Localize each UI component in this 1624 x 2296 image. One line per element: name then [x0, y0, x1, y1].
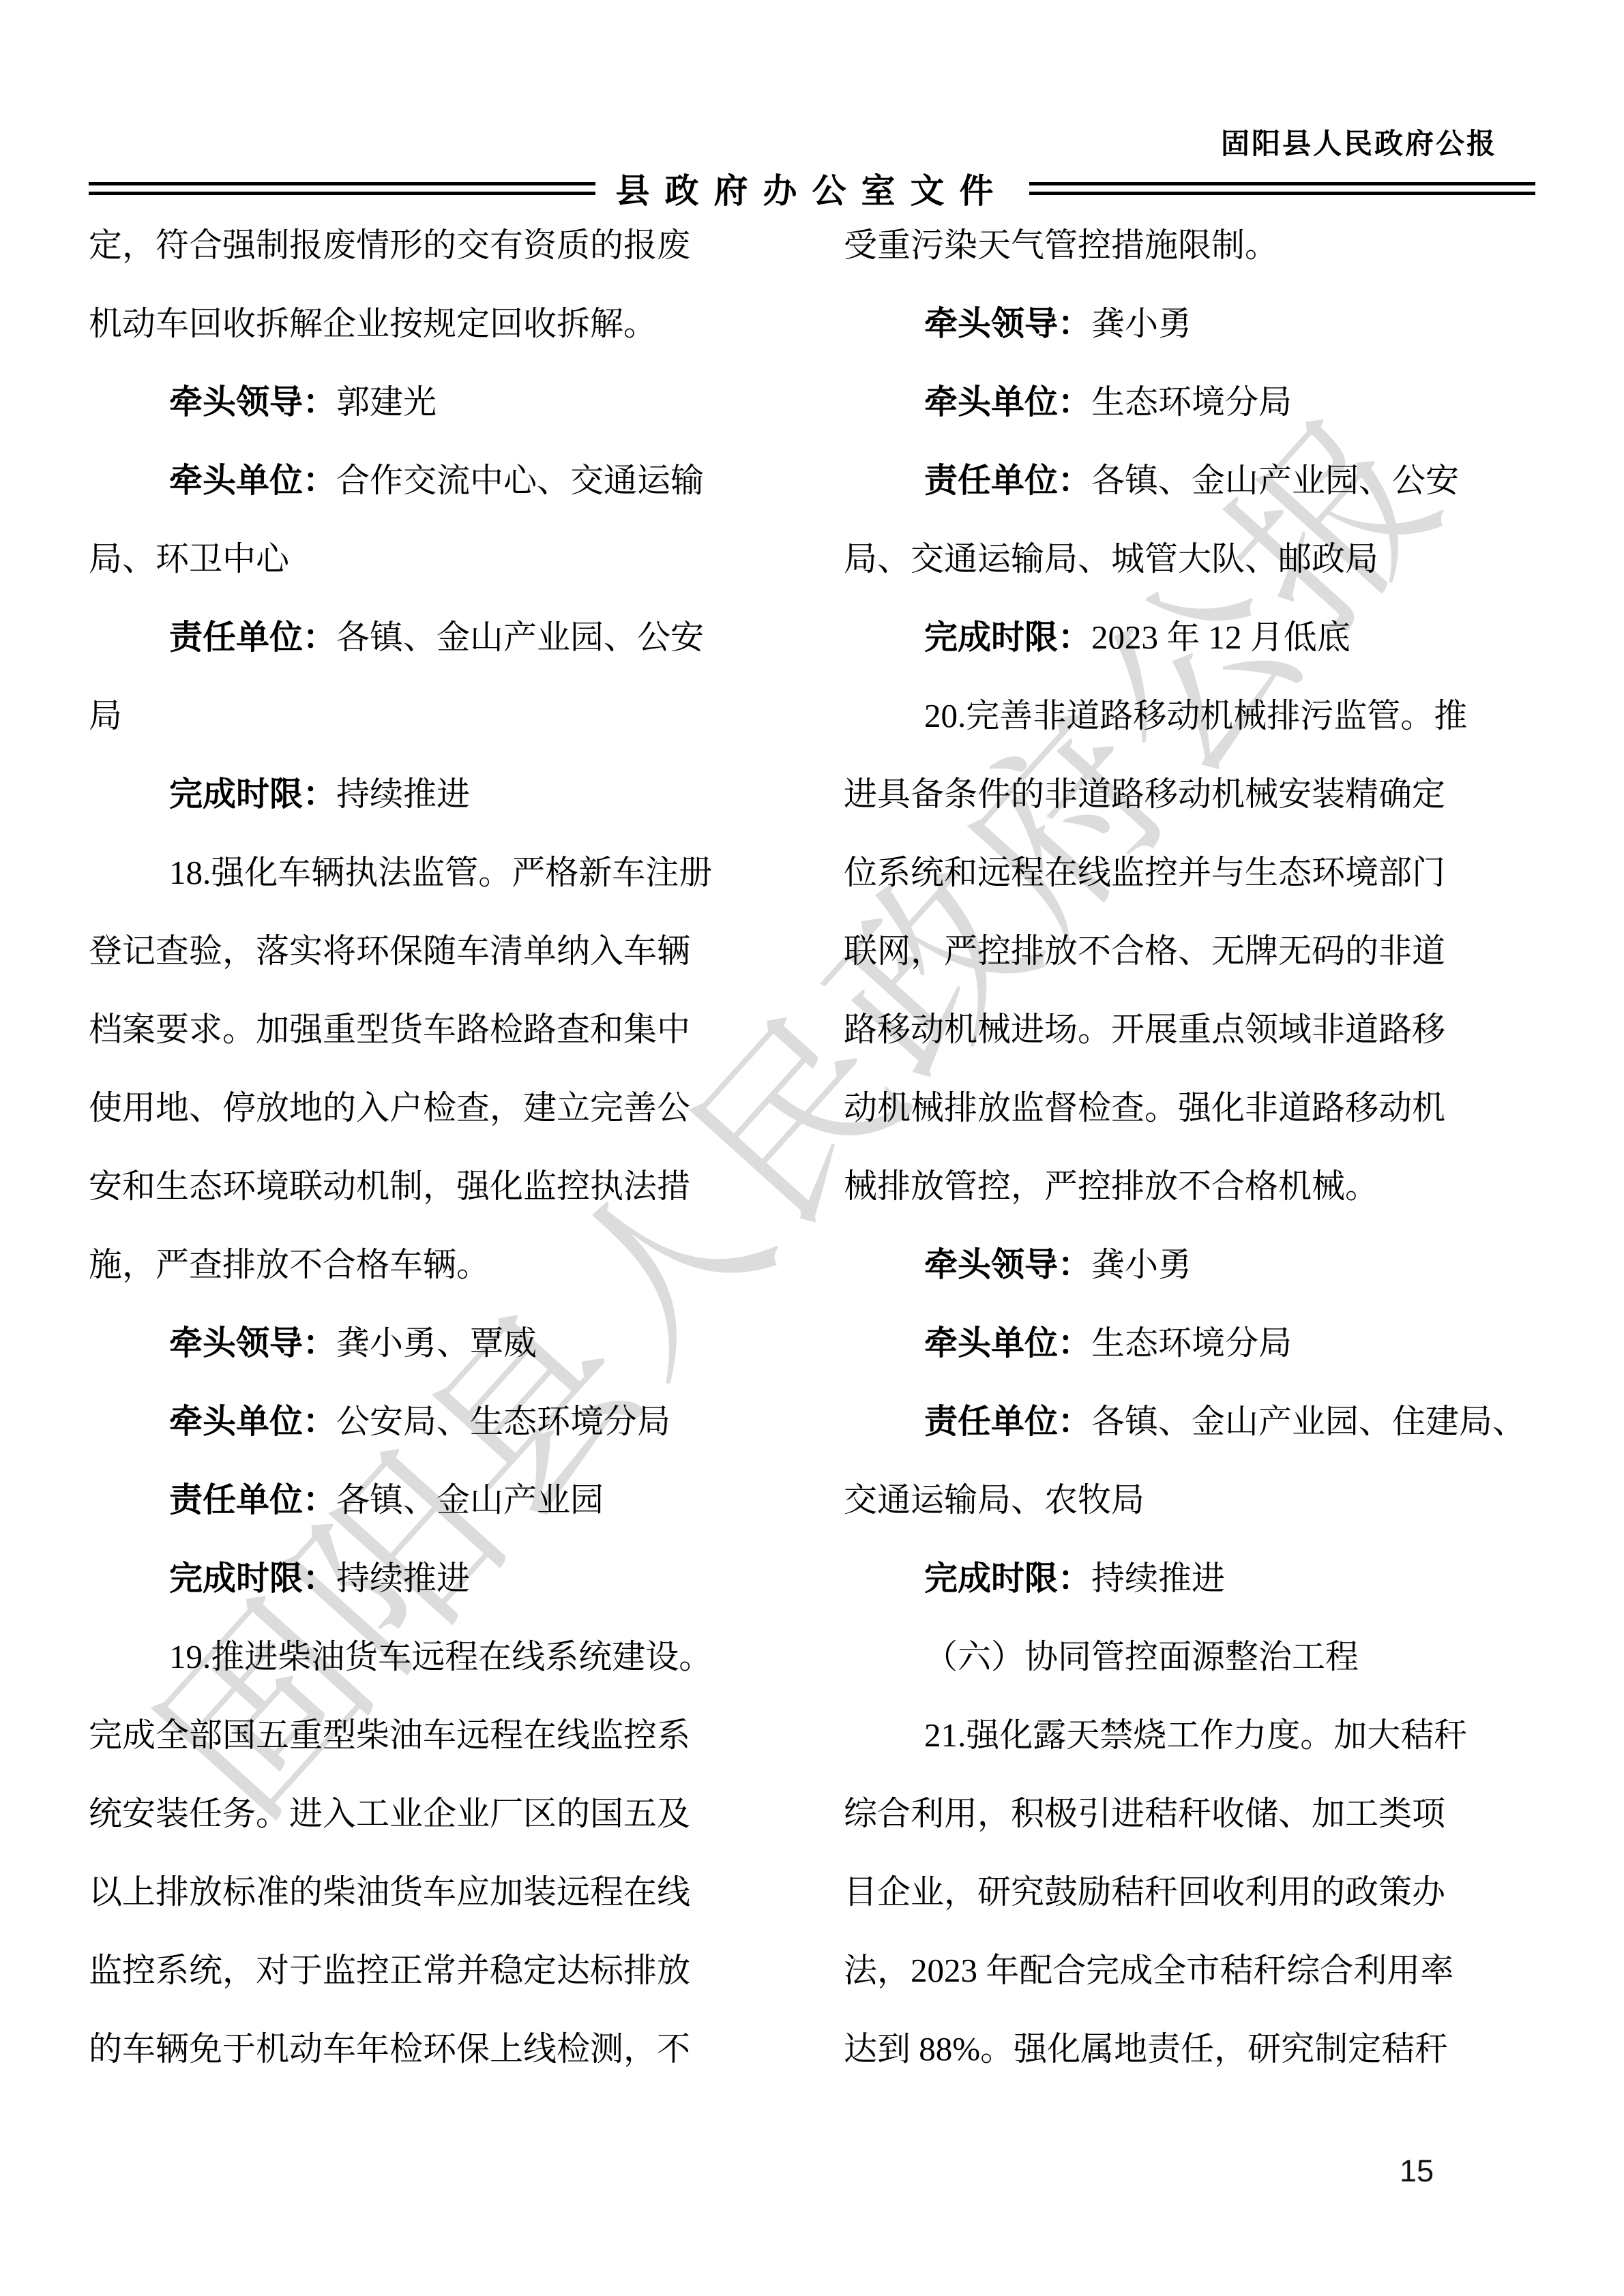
body-text: 档案要求。加强重型货车路检路查和集中 [89, 1011, 690, 1048]
field-label: 责任单位： [924, 462, 1091, 499]
text-line: 牵头单位：生态环境分局 [844, 1304, 1539, 1382]
text-line: 完成时限：持续推进 [844, 1539, 1539, 1617]
body-text: （六）协同管控面源整治工程 [924, 1638, 1359, 1675]
body-text: 目企业，研究鼓励秸秆回收利用的政策办 [844, 1873, 1445, 1911]
body-text: 20.完善非道路移动机械排污监管。推 [924, 697, 1467, 734]
body-text: 联网，严控排放不合格、无牌无码的非道 [844, 932, 1445, 970]
text-line: 交通运输局、农牧局 [844, 1461, 1539, 1539]
text-line: 21.强化露天禁烧工作力度。加大秸秆 [844, 1696, 1539, 1774]
text-line: 19.推进柴油货车远程在线系统建设。 [89, 1617, 784, 1696]
body-text: 郭建光 [336, 383, 437, 421]
body-text: 局、交通运输局、城管大队、邮政局 [844, 540, 1378, 578]
text-line: 牵头单位：合作交流中心、交通运输 [89, 441, 784, 520]
body-text: 生态环境分局 [1091, 1324, 1292, 1362]
body-text: 机动车回收拆解企业按规定回收拆解。 [89, 305, 657, 342]
text-line: 责任单位：各镇、金山产业园、公安 [89, 598, 784, 676]
text-line: 责任单位：各镇、金山产业园 [89, 1461, 784, 1539]
body-text: 使用地、停放地的入户检查，建立完善公 [89, 1089, 690, 1127]
text-line: 登记查验，落实将环保随车清单纳入车辆 [89, 912, 784, 990]
body-text: 定，符合强制报废情形的交有资质的报废 [89, 226, 690, 264]
text-line: 牵头领导：龚小勇 [844, 284, 1539, 363]
body-text: 合作交流中心、交通运输 [336, 462, 704, 499]
text-line: （六）协同管控面源整治工程 [844, 1617, 1539, 1696]
field-label: 责任单位： [169, 619, 336, 656]
body-text: 19.推进柴油货车远程在线系统建设。 [169, 1638, 712, 1675]
body-text: 各镇、金山产业园 [336, 1481, 604, 1519]
text-line: 局、环卫中心 [89, 520, 784, 598]
masthead-title: 固阳县人民政府公报 [1221, 121, 1497, 162]
body-text: 18.强化车辆执法监管。严格新车注册 [169, 854, 712, 891]
field-label: 牵头领导： [169, 384, 336, 421]
field-label: 完成时限： [924, 1560, 1091, 1597]
body-text: 交通运输局、农牧局 [844, 1481, 1145, 1519]
field-label: 完成时限： [169, 1560, 336, 1597]
text-line: 达到 88%。强化属地责任，研究制定秸秆 [844, 2010, 1539, 2088]
text-line: 统安装任务。进入工业企业厂区的国五及 [89, 1774, 784, 1853]
body-text: 生态环境分局 [1091, 383, 1292, 421]
text-line: 受重污染天气管控措施限制。 [844, 206, 1539, 284]
body-text: 登记查验，落实将环保随车清单纳入车辆 [89, 932, 690, 970]
text-line: 施，严查排放不合格车辆。 [89, 1225, 784, 1304]
body-text: 持续推进 [1091, 1560, 1225, 1597]
text-line: 法，2023 年配合完成全市秸秆综合利用率 [844, 1931, 1539, 2010]
field-label: 完成时限： [169, 776, 336, 813]
text-line: 牵头单位：公安局、生态环境分局 [89, 1382, 784, 1461]
text-line: 完成时限：持续推进 [89, 755, 784, 833]
text-line: 进具备条件的非道路移动机械安装精确定 [844, 755, 1539, 833]
body-text: 进具备条件的非道路移动机械安装精确定 [844, 775, 1445, 813]
text-line: 定，符合强制报废情形的交有资质的报废 [89, 206, 784, 284]
text-line: 完成全部国五重型柴油车远程在线监控系 [89, 1696, 784, 1774]
body-text: 21.强化露天禁烧工作力度。加大秸秆 [924, 1716, 1467, 1754]
text-line: 的车辆免于机动车年检环保上线检测，不 [89, 2010, 784, 2088]
text-line: 监控系统，对于监控正常并稳定达标排放 [89, 1931, 784, 2010]
field-label: 责任单位： [169, 1482, 336, 1519]
body-text: 完成全部国五重型柴油车远程在线监控系 [89, 1716, 690, 1754]
page-number: 15 [1400, 2153, 1434, 2189]
body-text: 各镇、金山产业园、公安 [336, 618, 704, 656]
text-line: 牵头领导：龚小勇、覃威 [89, 1304, 784, 1382]
field-label: 牵头单位： [924, 384, 1091, 421]
body-text: 监控系统，对于监控正常并稳定达标排放 [89, 1952, 690, 1989]
body-text: 路移动机械进场。开展重点领域非道路移 [844, 1011, 1445, 1048]
text-line: 机动车回收拆解企业按规定回收拆解。 [89, 284, 784, 363]
text-line: 动机械排放监督检查。强化非道路移动机 [844, 1069, 1539, 1147]
text-line: 联网，严控排放不合格、无牌无码的非道 [844, 912, 1539, 990]
field-label: 牵头单位： [169, 1403, 336, 1440]
body-text: 局、环卫中心 [89, 540, 289, 578]
field-label: 牵头领导： [924, 305, 1091, 342]
field-label: 责任单位： [924, 1403, 1091, 1440]
gazette-page: { "page": { "masthead": "固阳县人民政府公报", "he… [0, 0, 1624, 2296]
text-line: 责任单位：各镇、金山产业园、住建局、 [844, 1382, 1539, 1461]
text-line: 牵头单位：生态环境分局 [844, 363, 1539, 441]
body-text: 械排放管控，严控排放不合格机械。 [844, 1167, 1378, 1205]
text-line: 18.强化车辆执法监管。严格新车注册 [89, 833, 784, 912]
body-text: 受重污染天气管控措施限制。 [844, 226, 1278, 264]
body-text: 达到 88%。强化属地责任，研究制定秸秆 [844, 2030, 1448, 2068]
field-label: 完成时限： [924, 619, 1091, 656]
field-label: 牵头单位： [169, 462, 336, 499]
right-column: 受重污染天气管控措施限制。牵头领导：龚小勇牵头单位：生态环境分局责任单位：各镇、… [844, 206, 1539, 2088]
double-rule-left [89, 182, 595, 195]
body-text: 的车辆免于机动车年检环保上线检测，不 [89, 2030, 690, 2068]
body-text: 2023 年 12 月低底 [1091, 618, 1350, 656]
field-label: 牵头领导： [924, 1247, 1091, 1283]
body-text: 安和生态环境联动机制，强化监控执法措 [89, 1167, 690, 1205]
text-line: 局 [89, 676, 784, 755]
text-line: 械排放管控，严控排放不合格机械。 [844, 1147, 1539, 1225]
text-line: 20.完善非道路移动机械排污监管。推 [844, 676, 1539, 755]
body-text: 持续推进 [336, 1560, 470, 1597]
body-text: 龚小勇 [1091, 305, 1192, 342]
text-line: 牵头领导：龚小勇 [844, 1225, 1539, 1304]
double-rule-right [1029, 182, 1536, 195]
text-line: 安和生态环境联动机制，强化监控执法措 [89, 1147, 784, 1225]
body-text: 持续推进 [336, 775, 470, 813]
text-line: 牵头领导：郭建光 [89, 363, 784, 441]
body-text: 龚小勇 [1091, 1246, 1192, 1283]
body-text: 统安装任务。进入工业企业厂区的国五及 [89, 1795, 690, 1832]
text-line: 使用地、停放地的入户检查，建立完善公 [89, 1069, 784, 1147]
body-text: 局 [89, 697, 122, 734]
text-line: 局、交通运输局、城管大队、邮政局 [844, 520, 1539, 598]
body-text: 龚小勇、覃威 [336, 1324, 537, 1362]
body-text: 公安局、生态环境分局 [336, 1403, 670, 1440]
body-text: 动机械排放监督检查。强化非道路移动机 [844, 1089, 1445, 1127]
text-line: 责任单位：各镇、金山产业园、公安 [844, 441, 1539, 520]
body-text: 各镇、金山产业园、住建局、 [1091, 1403, 1526, 1440]
body-text: 综合利用，积极引进秸秆收储、加工类项 [844, 1795, 1445, 1832]
text-line: 完成时限：持续推进 [89, 1539, 784, 1617]
text-line: 目企业，研究鼓励秸秆回收利用的政策办 [844, 1853, 1539, 1931]
body-text: 法，2023 年配合完成全市秸秆综合利用率 [844, 1952, 1453, 1989]
text-line: 综合利用，积极引进秸秆收储、加工类项 [844, 1774, 1539, 1853]
left-column: 定，符合强制报废情形的交有资质的报废机动车回收拆解企业按规定回收拆解。牵头领导：… [89, 206, 784, 2088]
field-label: 牵头单位： [924, 1325, 1091, 1362]
text-line: 完成时限：2023 年 12 月低底 [844, 598, 1539, 676]
body-text: 以上排放标准的柴油货车应加装远程在线 [89, 1873, 690, 1911]
text-line: 位系统和远程在线监控并与生态环境部门 [844, 833, 1539, 912]
body-text: 位系统和远程在线监控并与生态环境部门 [844, 854, 1445, 891]
body-text: 施，严查排放不合格车辆。 [89, 1246, 490, 1283]
field-label: 牵头领导： [169, 1325, 336, 1362]
text-line: 档案要求。加强重型货车路检路查和集中 [89, 990, 784, 1069]
text-line: 路移动机械进场。开展重点领域非道路移 [844, 990, 1539, 1069]
text-line: 以上排放标准的柴油货车应加装远程在线 [89, 1853, 784, 1931]
body-text: 各镇、金山产业园、公安 [1091, 462, 1459, 499]
